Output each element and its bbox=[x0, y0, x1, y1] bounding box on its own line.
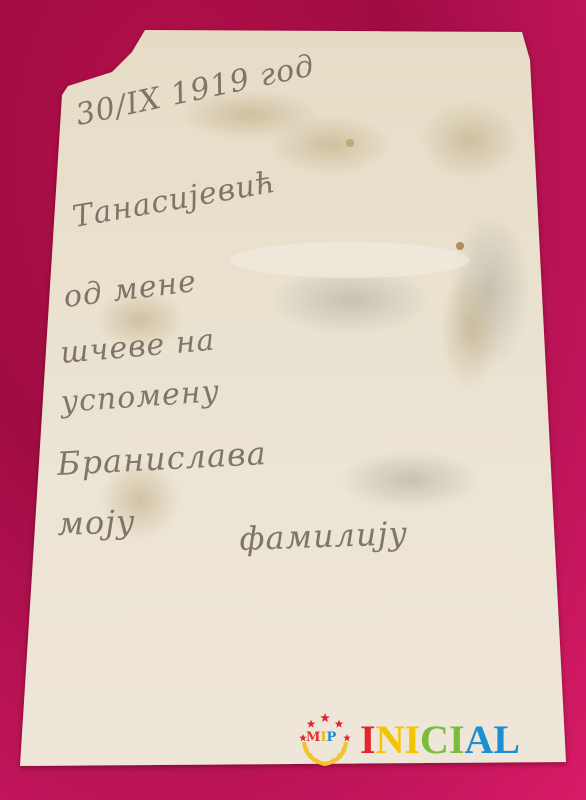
emblem-letter: P bbox=[326, 730, 336, 745]
star-icon bbox=[335, 720, 344, 728]
inicial-wordmark: INICIAL bbox=[360, 720, 520, 760]
mip-emblem-icon: MIP bbox=[296, 712, 354, 768]
wordmark-letter: A bbox=[465, 717, 494, 762]
wordmark-letter: I bbox=[404, 717, 420, 762]
photo-scene: 30/IX 1919 год Танасијевић од мене шчеве… bbox=[0, 0, 586, 800]
inicial-watermark-logo: MIP INICIAL bbox=[296, 712, 566, 768]
inscription-line-8: фамилију bbox=[239, 514, 409, 558]
wordmark-letter: I bbox=[360, 717, 376, 762]
wordmark-letter: I bbox=[449, 717, 465, 762]
mip-emblem-text: MIP bbox=[306, 730, 336, 745]
inscription-line-7: моју bbox=[57, 502, 137, 543]
wordmark-letter: L bbox=[493, 717, 520, 762]
star-icon bbox=[320, 713, 330, 722]
wordmark-letter: N bbox=[376, 717, 405, 762]
wordmark-letter: C bbox=[420, 717, 449, 762]
star-icon bbox=[307, 720, 316, 728]
emblem-letter: M bbox=[306, 730, 320, 745]
star-icon bbox=[343, 734, 351, 741]
